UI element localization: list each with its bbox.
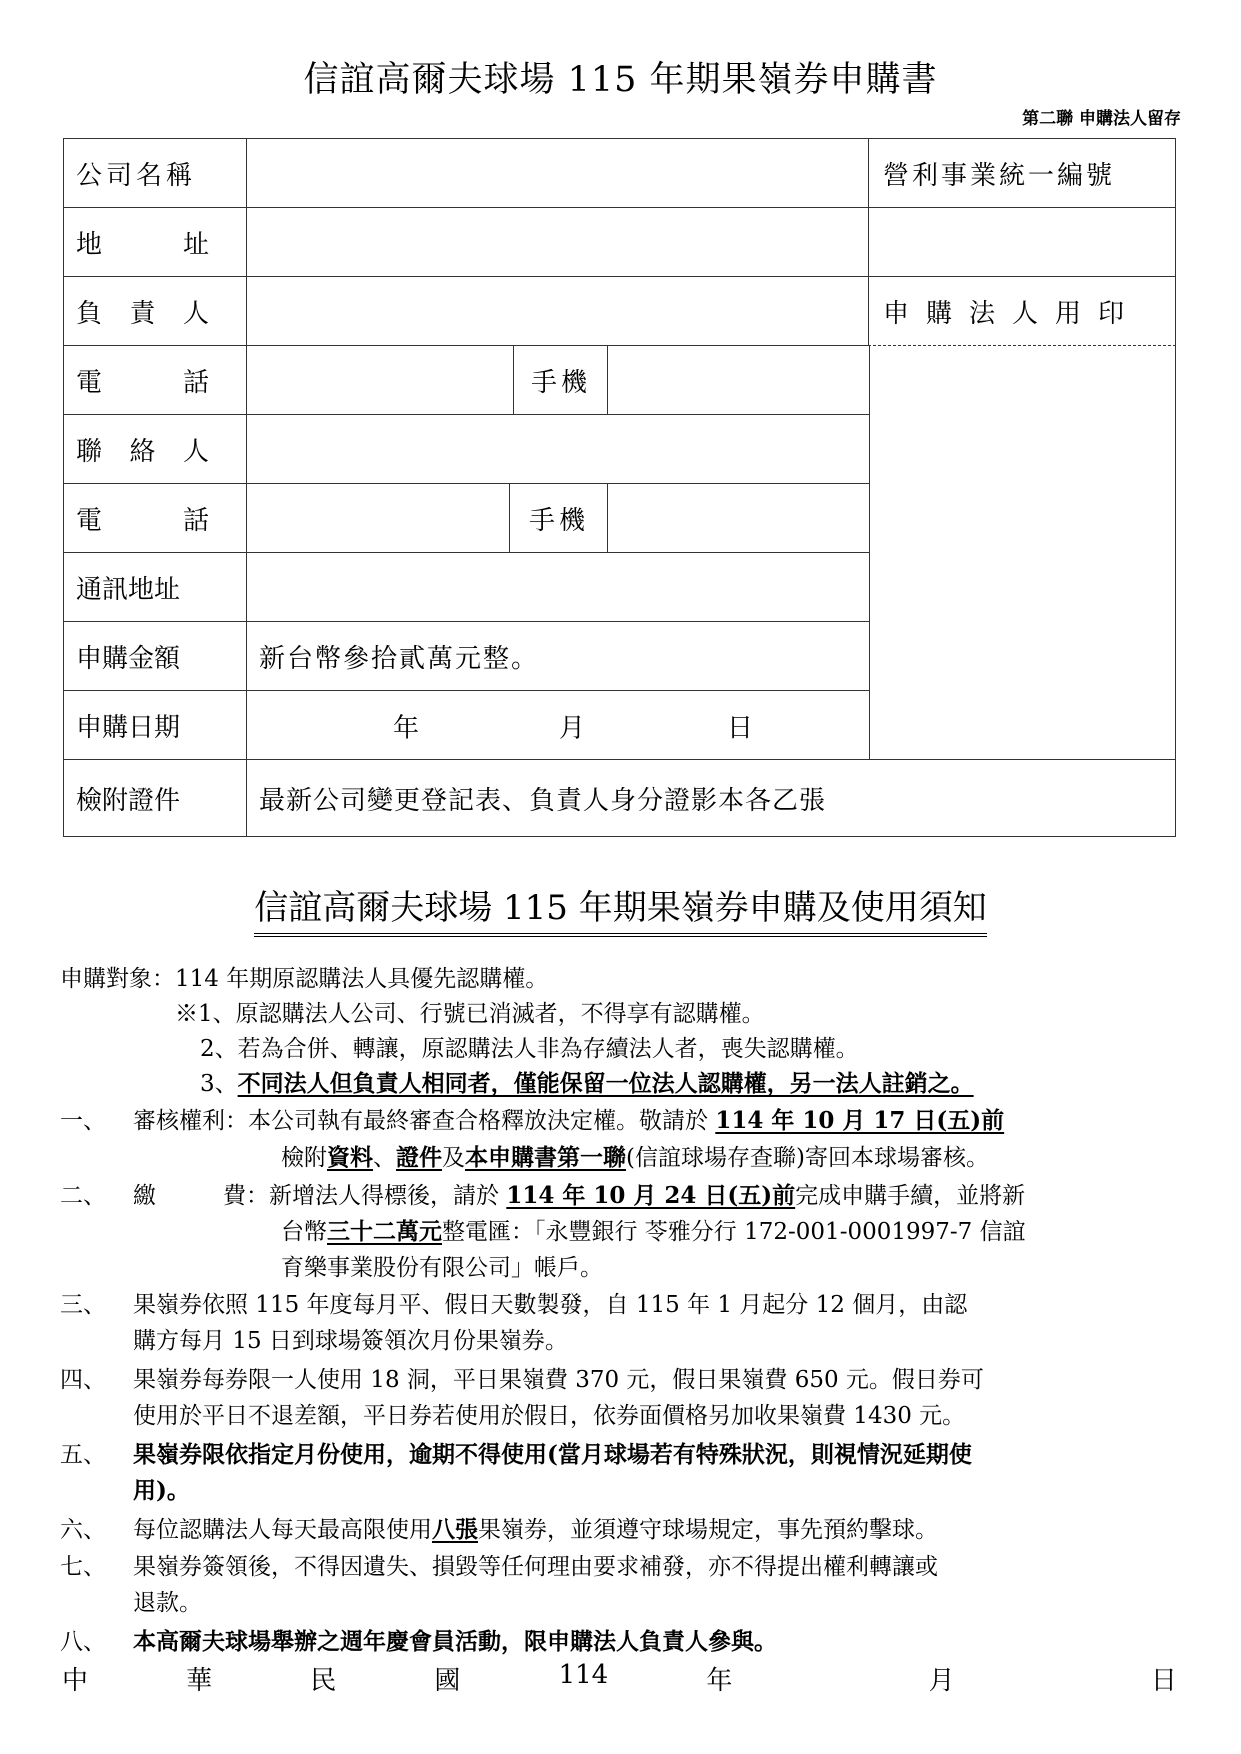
- item-1-emph-docs: 證件: [396, 1144, 442, 1171]
- owner-label-char: 責: [129, 293, 155, 330]
- item-1-emph-data: 資料: [327, 1144, 373, 1171]
- item-number: 三、: [60, 1290, 120, 1320]
- item-4-line-1: 四、果嶺券每券限一人使用 18 洞，平日果嶺費 370 元，假日果嶺費 650 …: [60, 1365, 984, 1395]
- footer-char: 年: [706, 1660, 732, 1697]
- roc-date-footer: 中 華 民 國 114 年 月 日: [62, 1660, 1177, 1697]
- contact-label-char: 聯: [76, 431, 102, 468]
- date-field[interactable]: 年 月 日: [246, 690, 870, 761]
- contact-label: 聯 絡 人: [63, 414, 248, 485]
- item-2-amount: 三十二萬元: [327, 1218, 442, 1245]
- item-2-line-3: 育樂事業股份有限公司」帳戶。: [281, 1253, 603, 1283]
- footer-char: 華: [186, 1660, 212, 1697]
- item-number: 二、: [60, 1181, 120, 1211]
- footer-char: 月: [929, 1660, 955, 1697]
- item-3-text: 果嶺券依照 115 年度每月平、假日天數製發，自 115 年 1 月起分 12 …: [133, 1292, 967, 1318]
- note-2: 2、若為合併、轉讓，原認購法人非為存續法人者，喪失認購權。: [200, 1034, 859, 1064]
- date-month-unit: 月: [559, 707, 585, 744]
- footer-char: 國: [434, 1660, 460, 1697]
- item-number: 五、: [60, 1440, 120, 1470]
- item-1-text: 及: [442, 1145, 465, 1171]
- item-7-line-2: 退款。: [133, 1588, 202, 1618]
- item-1-line-1: 一、審核權利：本公司執有最終審查合格釋放決定權。敬請於 114 年 10 月 1…: [60, 1106, 1004, 1136]
- contact-mobile-label: 手機: [509, 483, 609, 554]
- note-3-text: 不同法人但負責人相同者，僅能保留一位法人認購權，另一法人註銷之。: [238, 1070, 974, 1097]
- phone-label-char: 話: [183, 362, 209, 399]
- copy-tag: 第二聯 申購法人留存: [1022, 104, 1181, 129]
- item-7-text: 果嶺券簽領後，不得因遺失、損毀等任何理由要求補發，亦不得提出權利轉讓或: [133, 1554, 938, 1580]
- item-2-deadline: 114 年 10 月 24 日(五)前: [506, 1182, 795, 1209]
- item-2-text: 台幣: [281, 1219, 327, 1245]
- item-1-text: (信誼球場存查聯)寄回本球場審核。: [626, 1145, 989, 1171]
- attachments-label: 檢附證件: [63, 759, 248, 837]
- item-number: 七、: [60, 1552, 120, 1582]
- attachments-value: 最新公司變更登記表、負責人身分證影本各乙張: [246, 759, 1176, 837]
- footer-char: 中: [62, 1660, 88, 1697]
- item-1-label: 審核權利：: [133, 1108, 248, 1134]
- item-number: 八、: [60, 1627, 120, 1657]
- form-title: 信誼高爾夫球場 115 年期果嶺券申購書: [0, 52, 1241, 102]
- contact-phone-label-char: 話: [183, 500, 209, 537]
- eligibility-text: 申購對象：114 年期原認購法人具優先認購權。: [60, 964, 548, 994]
- amount-label: 申購金額: [63, 621, 248, 692]
- item-2-label: 費：: [223, 1183, 269, 1209]
- phone-label-char: 電: [76, 362, 102, 399]
- item-6-line-1: 六、每位認購法人每天最高限使用八張果嶺券，並須遵守球場規定，事先預約擊球。: [60, 1515, 938, 1545]
- mobile-label: 手機: [513, 345, 609, 416]
- item-2-line-1: 二、繳費：新增法人得標後，請於 114 年 10 月 24 日(五)前完成申購手…: [60, 1181, 1025, 1211]
- item-5-line-1: 五、果嶺券限依指定月份使用，逾期不得使用(當月球場若有特殊狀況，則視情況延期使: [60, 1440, 972, 1470]
- item-2-bank: 整電匯：「永豐銀行 苓雅分行 172-001-0001997-7 信誼: [442, 1219, 1026, 1245]
- note-1: ※1、原認購法人公司、行號已消滅者，不得享有認購權。: [175, 999, 765, 1029]
- item-5-text: 果嶺券限依指定月份使用，逾期不得使用(當月球場若有特殊狀況，則視情況延期使: [133, 1441, 972, 1468]
- item-3-line-2: 購方每月 15 日到球場簽領次月份果嶺券。: [133, 1326, 568, 1356]
- note-3-prefix: 3、: [200, 1071, 238, 1097]
- contact-mobile-field[interactable]: [607, 483, 870, 554]
- item-6-text: 果嶺券，並須遵守球場規定，事先預約擊球。: [478, 1517, 938, 1543]
- owner-field[interactable]: [246, 276, 870, 347]
- item-1-text: 本公司執有最終審查合格釋放決定權。敬請於: [248, 1108, 715, 1134]
- item-2-label: 繳: [133, 1181, 223, 1211]
- address-label-char: 地: [76, 224, 102, 261]
- item-2-text: 完成申購手續，並將新: [795, 1183, 1025, 1209]
- tax-id-label: 營利事業統一編號: [868, 138, 1176, 209]
- item-3-line-1: 三、果嶺券依照 115 年度每月平、假日天數製發，自 115 年 1 月起分 1…: [60, 1290, 967, 1320]
- contact-phone-label-char: 電: [76, 500, 102, 537]
- item-1-emph-copy: 本申購書第一聯: [465, 1144, 626, 1171]
- item-2-line-2: 台幣三十二萬元整電匯：「永豐銀行 苓雅分行 172-001-0001997-7 …: [281, 1217, 1026, 1247]
- address-field[interactable]: [246, 207, 870, 278]
- tax-id-field[interactable]: [868, 207, 1176, 278]
- phone-label: 電 話: [63, 345, 248, 416]
- notice-title: 信誼高爾夫球場 115 年期果嶺券申購及使用須知: [0, 880, 1241, 937]
- company-name-label: 公司名稱: [63, 138, 248, 209]
- address-label: 地 址: [63, 207, 248, 278]
- footer-year: 114: [559, 1660, 609, 1697]
- item-8-line-1: 八、本高爾夫球場舉辦之週年慶會員活動，限申購法人負責人參與。: [60, 1627, 777, 1657]
- footer-char: 日: [1151, 1660, 1177, 1697]
- item-6-text: 每位認購法人每天最高限使用: [133, 1517, 432, 1543]
- company-name-field[interactable]: [246, 138, 870, 209]
- owner-label: 負 責 人: [63, 276, 248, 347]
- item-number: 六、: [60, 1515, 120, 1545]
- mail-address-label: 通訊地址: [63, 552, 248, 623]
- contact-phone-label: 電 話: [63, 483, 248, 554]
- item-8-text: 本高爾夫球場舉辦之週年慶會員活動，限申購法人負責人參與。: [133, 1628, 777, 1655]
- date-label: 申購日期: [63, 690, 248, 761]
- contact-label-char: 絡: [129, 431, 155, 468]
- date-day-unit: 日: [727, 707, 753, 744]
- owner-label-char: 負: [76, 293, 102, 330]
- seal-box[interactable]: [868, 345, 1176, 769]
- item-7-line-1: 七、果嶺券簽領後，不得因遺失、損毀等任何理由要求補發，亦不得提出權利轉讓或: [60, 1552, 938, 1582]
- address-label-char: 址: [183, 224, 209, 261]
- phone-field[interactable]: [246, 345, 515, 416]
- mobile-field[interactable]: [607, 345, 870, 416]
- date-year-unit: 年: [393, 707, 419, 744]
- note-3: 3、不同法人但負責人相同者，僅能保留一位法人認購權，另一法人註銷之。: [200, 1069, 974, 1099]
- contact-field[interactable]: [246, 414, 870, 485]
- item-2-text: 新增法人得標後，請於: [269, 1183, 506, 1209]
- item-4-line-2: 使用於平日不退差額，平日券若使用於假日，依券面價格另加收果嶺費 1430 元。: [133, 1401, 965, 1431]
- item-number: 一、: [60, 1106, 120, 1136]
- item-6-limit: 八張: [432, 1516, 478, 1543]
- item-number: 四、: [60, 1365, 120, 1395]
- notice-title-text: 信誼高爾夫球場 115 年期果嶺券申購及使用須知: [254, 880, 987, 937]
- mail-address-field[interactable]: [246, 552, 870, 623]
- item-1-text: 、: [373, 1145, 396, 1171]
- contact-label-char: 人: [183, 431, 209, 468]
- amount-value: 新台幣參拾貳萬元整。: [246, 621, 870, 692]
- item-1-text: 檢附: [281, 1145, 327, 1171]
- item-1-line-2: 檢附資料、證件及本申購書第一聯(信誼球場存查聯)寄回本球場審核。: [281, 1143, 989, 1173]
- owner-label-char: 人: [183, 293, 209, 330]
- footer-char: 民: [310, 1660, 336, 1697]
- item-4-text: 果嶺券每券限一人使用 18 洞，平日果嶺費 370 元，假日果嶺費 650 元。…: [133, 1367, 984, 1393]
- item-5-line-2: 用)。: [133, 1476, 190, 1506]
- seal-label: 申購法人用印: [868, 276, 1176, 347]
- contact-phone-field[interactable]: [246, 483, 511, 554]
- item-1-deadline: 114 年 10 月 17 日(五)前: [715, 1107, 1004, 1134]
